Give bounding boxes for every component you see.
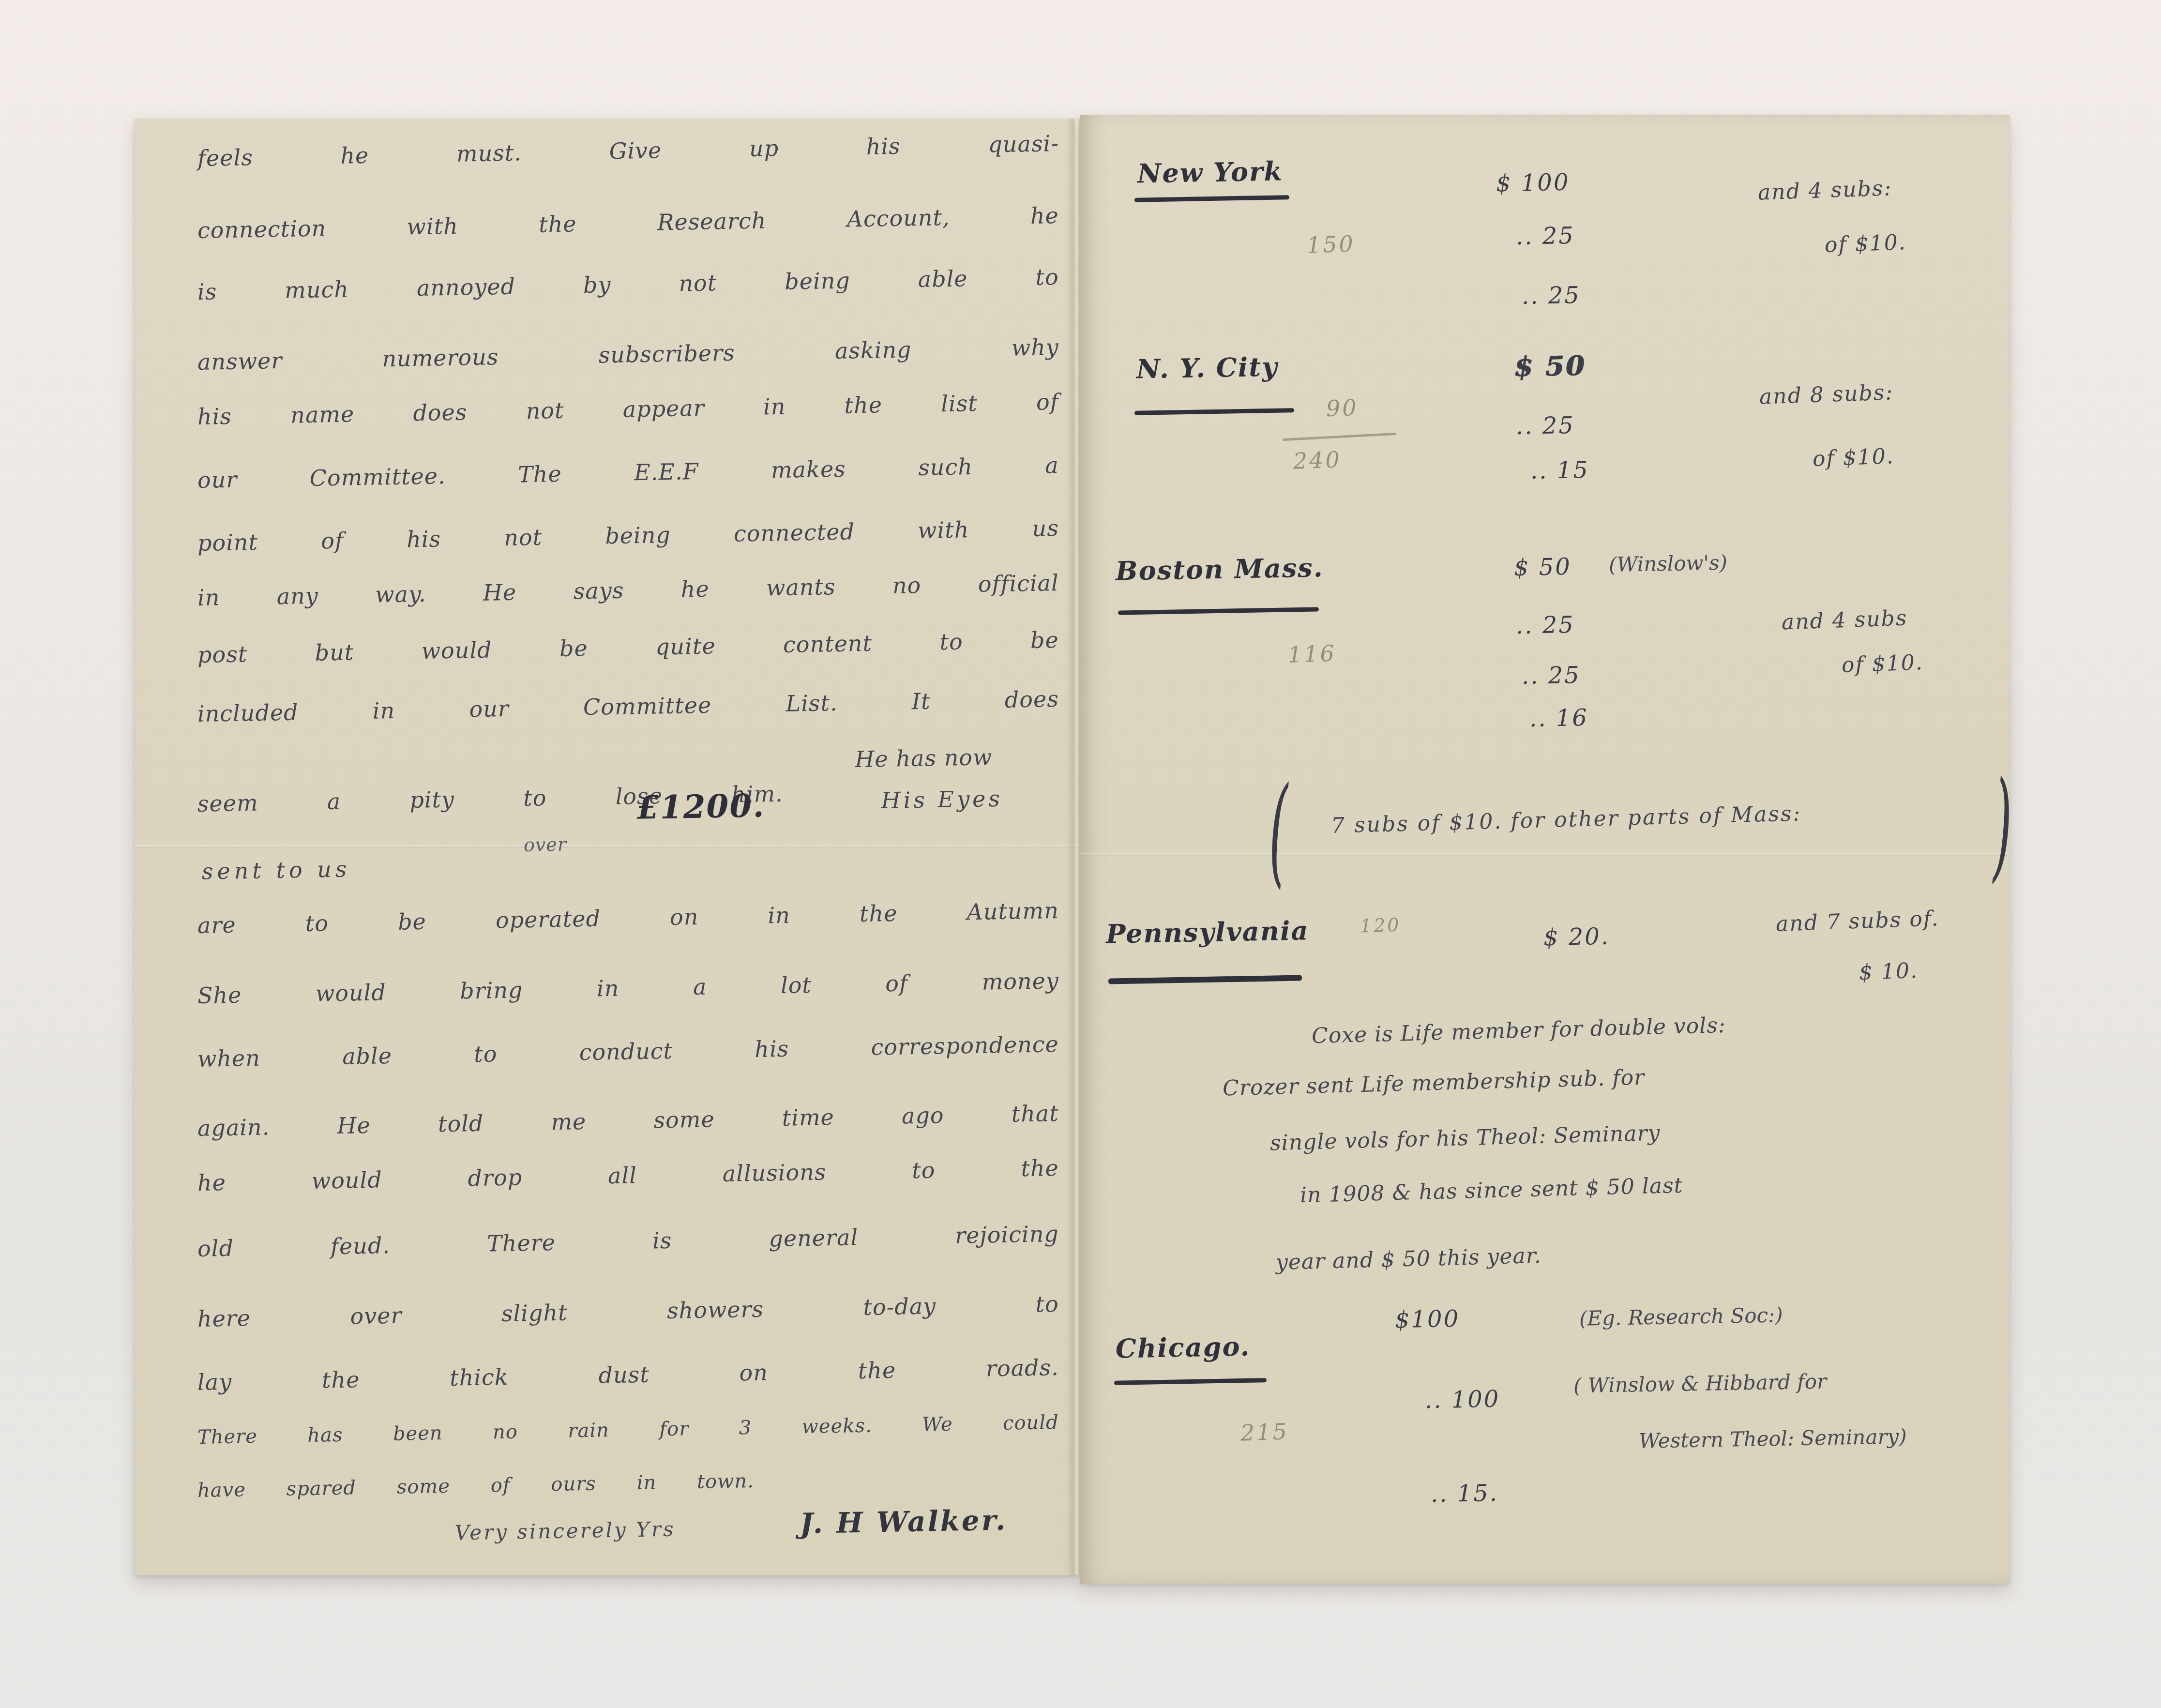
pencil-part: 90 [1326, 394, 1359, 422]
letter-line: have spared some of ours in town. [197, 1470, 755, 1502]
city-underline [1118, 607, 1319, 615]
ledger-amount: $100 [1395, 1305, 1460, 1333]
letter-line: lay the thick dust on the roads. [197, 1354, 1059, 1395]
ledger-amount: $ 100 [1496, 169, 1570, 197]
paren-open: ( [1269, 772, 1288, 891]
subs-note: and 7 subs of. [1775, 906, 1939, 937]
ledger-amount: .. 15 [1530, 456, 1590, 484]
letter-line: again. He told me some time ago that [197, 1100, 1059, 1141]
letter-line: There has been no rain for 3 weeks. We c… [197, 1411, 1059, 1449]
subs-note: $ 10. [1859, 958, 1919, 985]
city-name-boston: Boston Mass. [1115, 552, 1324, 586]
letter-line-fragment: His Eyes [881, 786, 1003, 814]
letter-closing: Very sincerely Yrs [454, 1517, 675, 1544]
city-name-chicago: Chicago. [1115, 1331, 1250, 1364]
letter-line: post but would be quite content to be [197, 627, 1059, 668]
letter-line: old feud. There is general rejoicing [197, 1221, 1059, 1262]
signature-row: Very sincerely Yrs J. H Walker. [134, 1502, 1079, 1562]
subs-note: of $10. [1812, 444, 1894, 471]
city-name-ny-city: N. Y. City [1136, 351, 1278, 384]
ledger-amount-note: (Eg. Research Soc:) [1579, 1303, 1783, 1330]
city-underline [1108, 975, 1302, 984]
membership-note: Crozer sent Life membership sub. for [1222, 1065, 1645, 1101]
city-underline [1114, 1378, 1267, 1385]
letter-line: answer numerous subscribers asking why [197, 334, 1059, 375]
letter-line-fragment: He has now [855, 744, 993, 772]
subs-note: and 4 subs [1781, 605, 1908, 635]
letter-line-fragment: over [524, 833, 567, 856]
letter-line: connection with the Research Account, he [197, 202, 1059, 243]
ledger-amount-note: Western Theol: Seminary) [1639, 1424, 1907, 1453]
ledger-amount: .. 25 [1516, 611, 1575, 639]
ledger-amount: $ 50 [1513, 350, 1586, 383]
ledger-amount: .. 16 [1529, 704, 1589, 732]
subs-note: of $10. [1824, 230, 1906, 257]
letter-line: point of his not being connected with us [197, 515, 1059, 556]
membership-note: single vols for his Theol: Seminary [1269, 1120, 1661, 1155]
letter-line: when able to conduct his correspondence [197, 1031, 1059, 1072]
pencil-total: 150 [1306, 230, 1356, 258]
ledger-amount: .. 25 [1516, 222, 1575, 250]
signature: J. H Walker. [800, 1504, 1008, 1540]
pound-amount: £1200. [636, 786, 765, 827]
ledger-amount-note: (Winslow's) [1609, 551, 1728, 576]
subs-note: and 8 subs: [1759, 380, 1894, 409]
ledger-amount: $ 20. [1543, 923, 1610, 951]
ledger-page: New York 150 $ 100 .. 25 .. 25 and 4 sub… [1080, 115, 2010, 1584]
letter-line-fragment: sent to us [201, 856, 351, 884]
ledger-amount: .. 100 [1425, 1386, 1500, 1414]
letter-line: here over slight showers to-day to [197, 1291, 1059, 1332]
letter-line-amount-row: sent to us over £1200. His Eyes [134, 843, 1079, 893]
letter-line: our Committee. The E.E.F makes such a [197, 452, 1059, 493]
letter-line: feels he must. Give up his quasi- [197, 130, 1059, 171]
city-underline [1134, 195, 1289, 202]
letter-line: in any way. He says he wants no official [197, 570, 1059, 611]
mass-note: 7 subs of $10. for other parts of Mass: [1330, 801, 1801, 838]
pencil-superscript: 120 [1360, 914, 1401, 937]
ledger-amount: .. 15. [1431, 1480, 1499, 1508]
membership-note: Coxe is Life member for double vols: [1311, 1013, 1726, 1048]
paren-close: ) [1993, 767, 2012, 885]
city-name-pennsylvania: Pennsylvania [1105, 915, 1309, 949]
letter-line: he would drop all allusions to the [197, 1155, 1059, 1196]
city-name-new-york: New York [1137, 155, 1283, 189]
ledger-amount: $ 50 [1514, 553, 1572, 581]
letter-line: is much annoyed by not being able to [197, 264, 1059, 305]
fold-crease [1080, 853, 2010, 856]
letter-page: feels he must. Give up his quasi- connec… [135, 119, 1079, 1575]
city-underline [1134, 408, 1294, 415]
subs-note: of $10. [1841, 650, 1923, 678]
pencil-total: 116 [1287, 640, 1337, 667]
subs-note: and 4 subs: [1757, 176, 1892, 205]
membership-note: in 1908 & has since sent $ 50 last [1300, 1173, 1683, 1208]
pencil-sum-line [1283, 433, 1396, 441]
pencil-total: 240 [1293, 446, 1342, 474]
ledger-amount: .. 25 [1522, 282, 1581, 310]
ledger-amount-note: ( Winslow & Hibbard for [1573, 1369, 1827, 1397]
letter-line: are to be operated on in the Autumn [197, 897, 1059, 938]
ledger-amount: .. 25 [1522, 662, 1581, 690]
letter-line: She would bring in a lot of money [197, 967, 1059, 1009]
letter-line: his name does not appear in the list of [197, 389, 1059, 430]
membership-note: year and $ 50 this year. [1275, 1243, 1541, 1275]
ledger-amount: .. 25 [1516, 412, 1575, 440]
pencil-total: 215 [1240, 1418, 1289, 1446]
letter-line: included in our Committee List. It does [197, 686, 1059, 727]
